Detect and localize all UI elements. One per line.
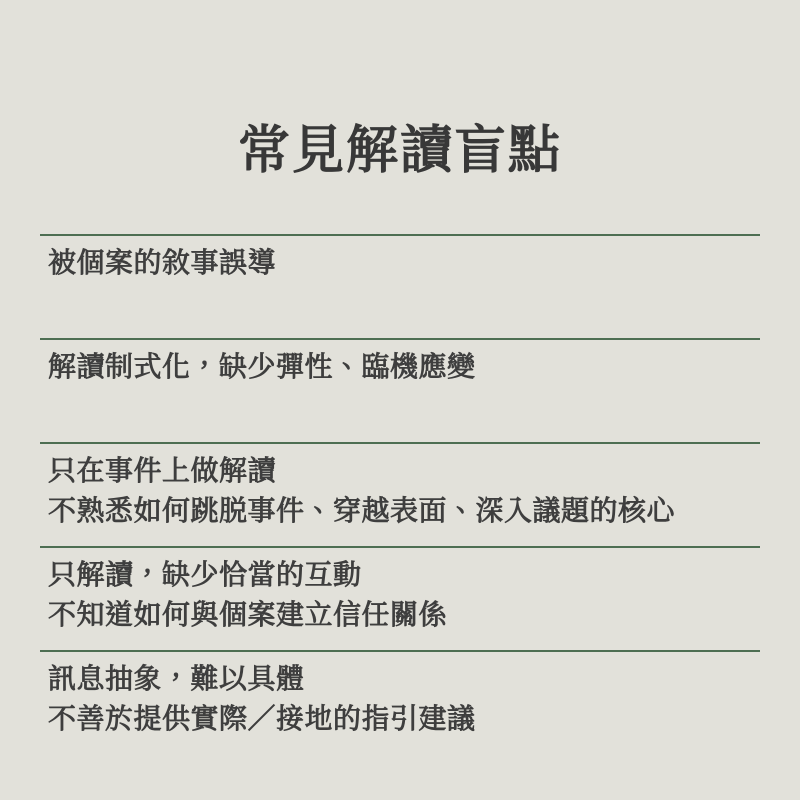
list-item-text: 解讀制式化，缺少彈性、臨機應變 <box>48 347 752 387</box>
page-title: 常見解讀盲點 <box>0 123 800 180</box>
list-item: 訊息抽象，難以具體 不善於提供實際／接地的指引建議 <box>40 650 760 754</box>
slide: 常見解讀盲點 被個案的敘事誤導 解讀制式化，缺少彈性、臨機應變 只在事件上做解讀… <box>0 0 800 800</box>
list-item-text: 只解讀，缺少恰當的互動 <box>48 555 752 595</box>
list-item-text: 被個案的敘事誤導 <box>48 243 752 283</box>
list-item-subtext: 不熟悉如何跳脱事件、穿越表面、深入議題的核心 <box>48 491 752 531</box>
list-item-text: 訊息抽象，難以具體 <box>48 659 752 699</box>
list-item: 只解讀，缺少恰當的互動 不知道如何與個案建立信任關係 <box>40 546 760 650</box>
blind-spot-list: 被個案的敘事誤導 解讀制式化，缺少彈性、臨機應變 只在事件上做解讀 不熟悉如何跳… <box>40 234 760 754</box>
list-item: 只在事件上做解讀 不熟悉如何跳脱事件、穿越表面、深入議題的核心 <box>40 442 760 546</box>
list-item: 被個案的敘事誤導 <box>40 234 760 338</box>
list-item-text: 只在事件上做解讀 <box>48 451 752 491</box>
list-item: 解讀制式化，缺少彈性、臨機應變 <box>40 338 760 442</box>
list-item-subtext: 不知道如何與個案建立信任關係 <box>48 595 752 635</box>
list-item-subtext: 不善於提供實際／接地的指引建議 <box>48 699 752 739</box>
